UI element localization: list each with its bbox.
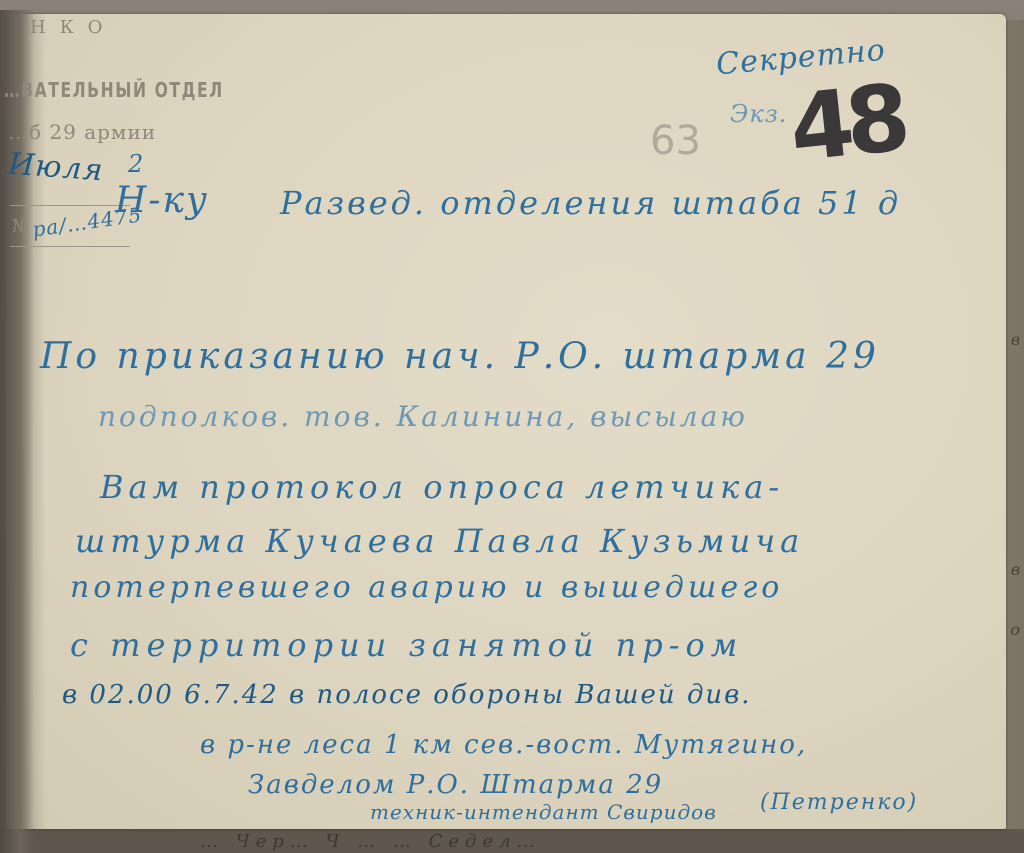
addressee-prefix: Н-ку <box>115 180 209 221</box>
body-line-1: По приказанию нач. Р.О. штарма 29 <box>40 336 880 377</box>
body-line-7: в 02.00 6.7.42 в полосе обороны Вашей ди… <box>62 680 752 710</box>
pencil-note: 63 <box>650 118 701 164</box>
underlying-page-strip: … Чер… Ч … … Седел… <box>0 829 1024 853</box>
body-line-2: подполков. тов. Калинина, высылаю <box>98 400 748 433</box>
letterhead-rule <box>10 246 130 247</box>
body-line-3: Вам протокол опроса летчика- <box>100 468 784 506</box>
signature-title: Завделом Р.О. Штарма 29 <box>248 770 663 800</box>
signature-name: (Петренко) <box>760 790 918 815</box>
signature-rank: техник-интендант Свиридов <box>370 800 717 824</box>
copy-label: Экз. <box>730 100 787 128</box>
underlying-sheet-text: о <box>1010 620 1020 639</box>
body-line-4: штурма Кучаева Павла Кузьмича <box>75 522 804 560</box>
date-month: Июля <box>7 147 105 189</box>
underlying-page-text: … Чер… Ч … … Седел… <box>200 831 541 852</box>
letterhead-number-mark: № <box>12 216 30 237</box>
addressee-text: Развед. отделения штаба 51 д <box>280 184 901 222</box>
addressee-superscript: 2 <box>128 150 144 178</box>
body-line-5: потерпевшего аварию и вышедшего <box>70 570 783 605</box>
body-line-6: с территории занятой пр-ом <box>70 626 743 664</box>
body-line-8: в р-не леса 1 км сев.-вост. Мутягино, <box>200 730 807 760</box>
copy-number-pencil: 48 <box>785 64 908 182</box>
letterhead-nko: НКО <box>30 17 116 38</box>
underlying-sheet-text: в <box>1011 330 1020 349</box>
underlying-sheet-text: в <box>1011 560 1020 579</box>
letterhead-army: …б 29 армии <box>8 120 156 144</box>
letterhead-department: …ВАТЕЛЬНЫЙ ОТДЕЛ <box>4 78 224 102</box>
